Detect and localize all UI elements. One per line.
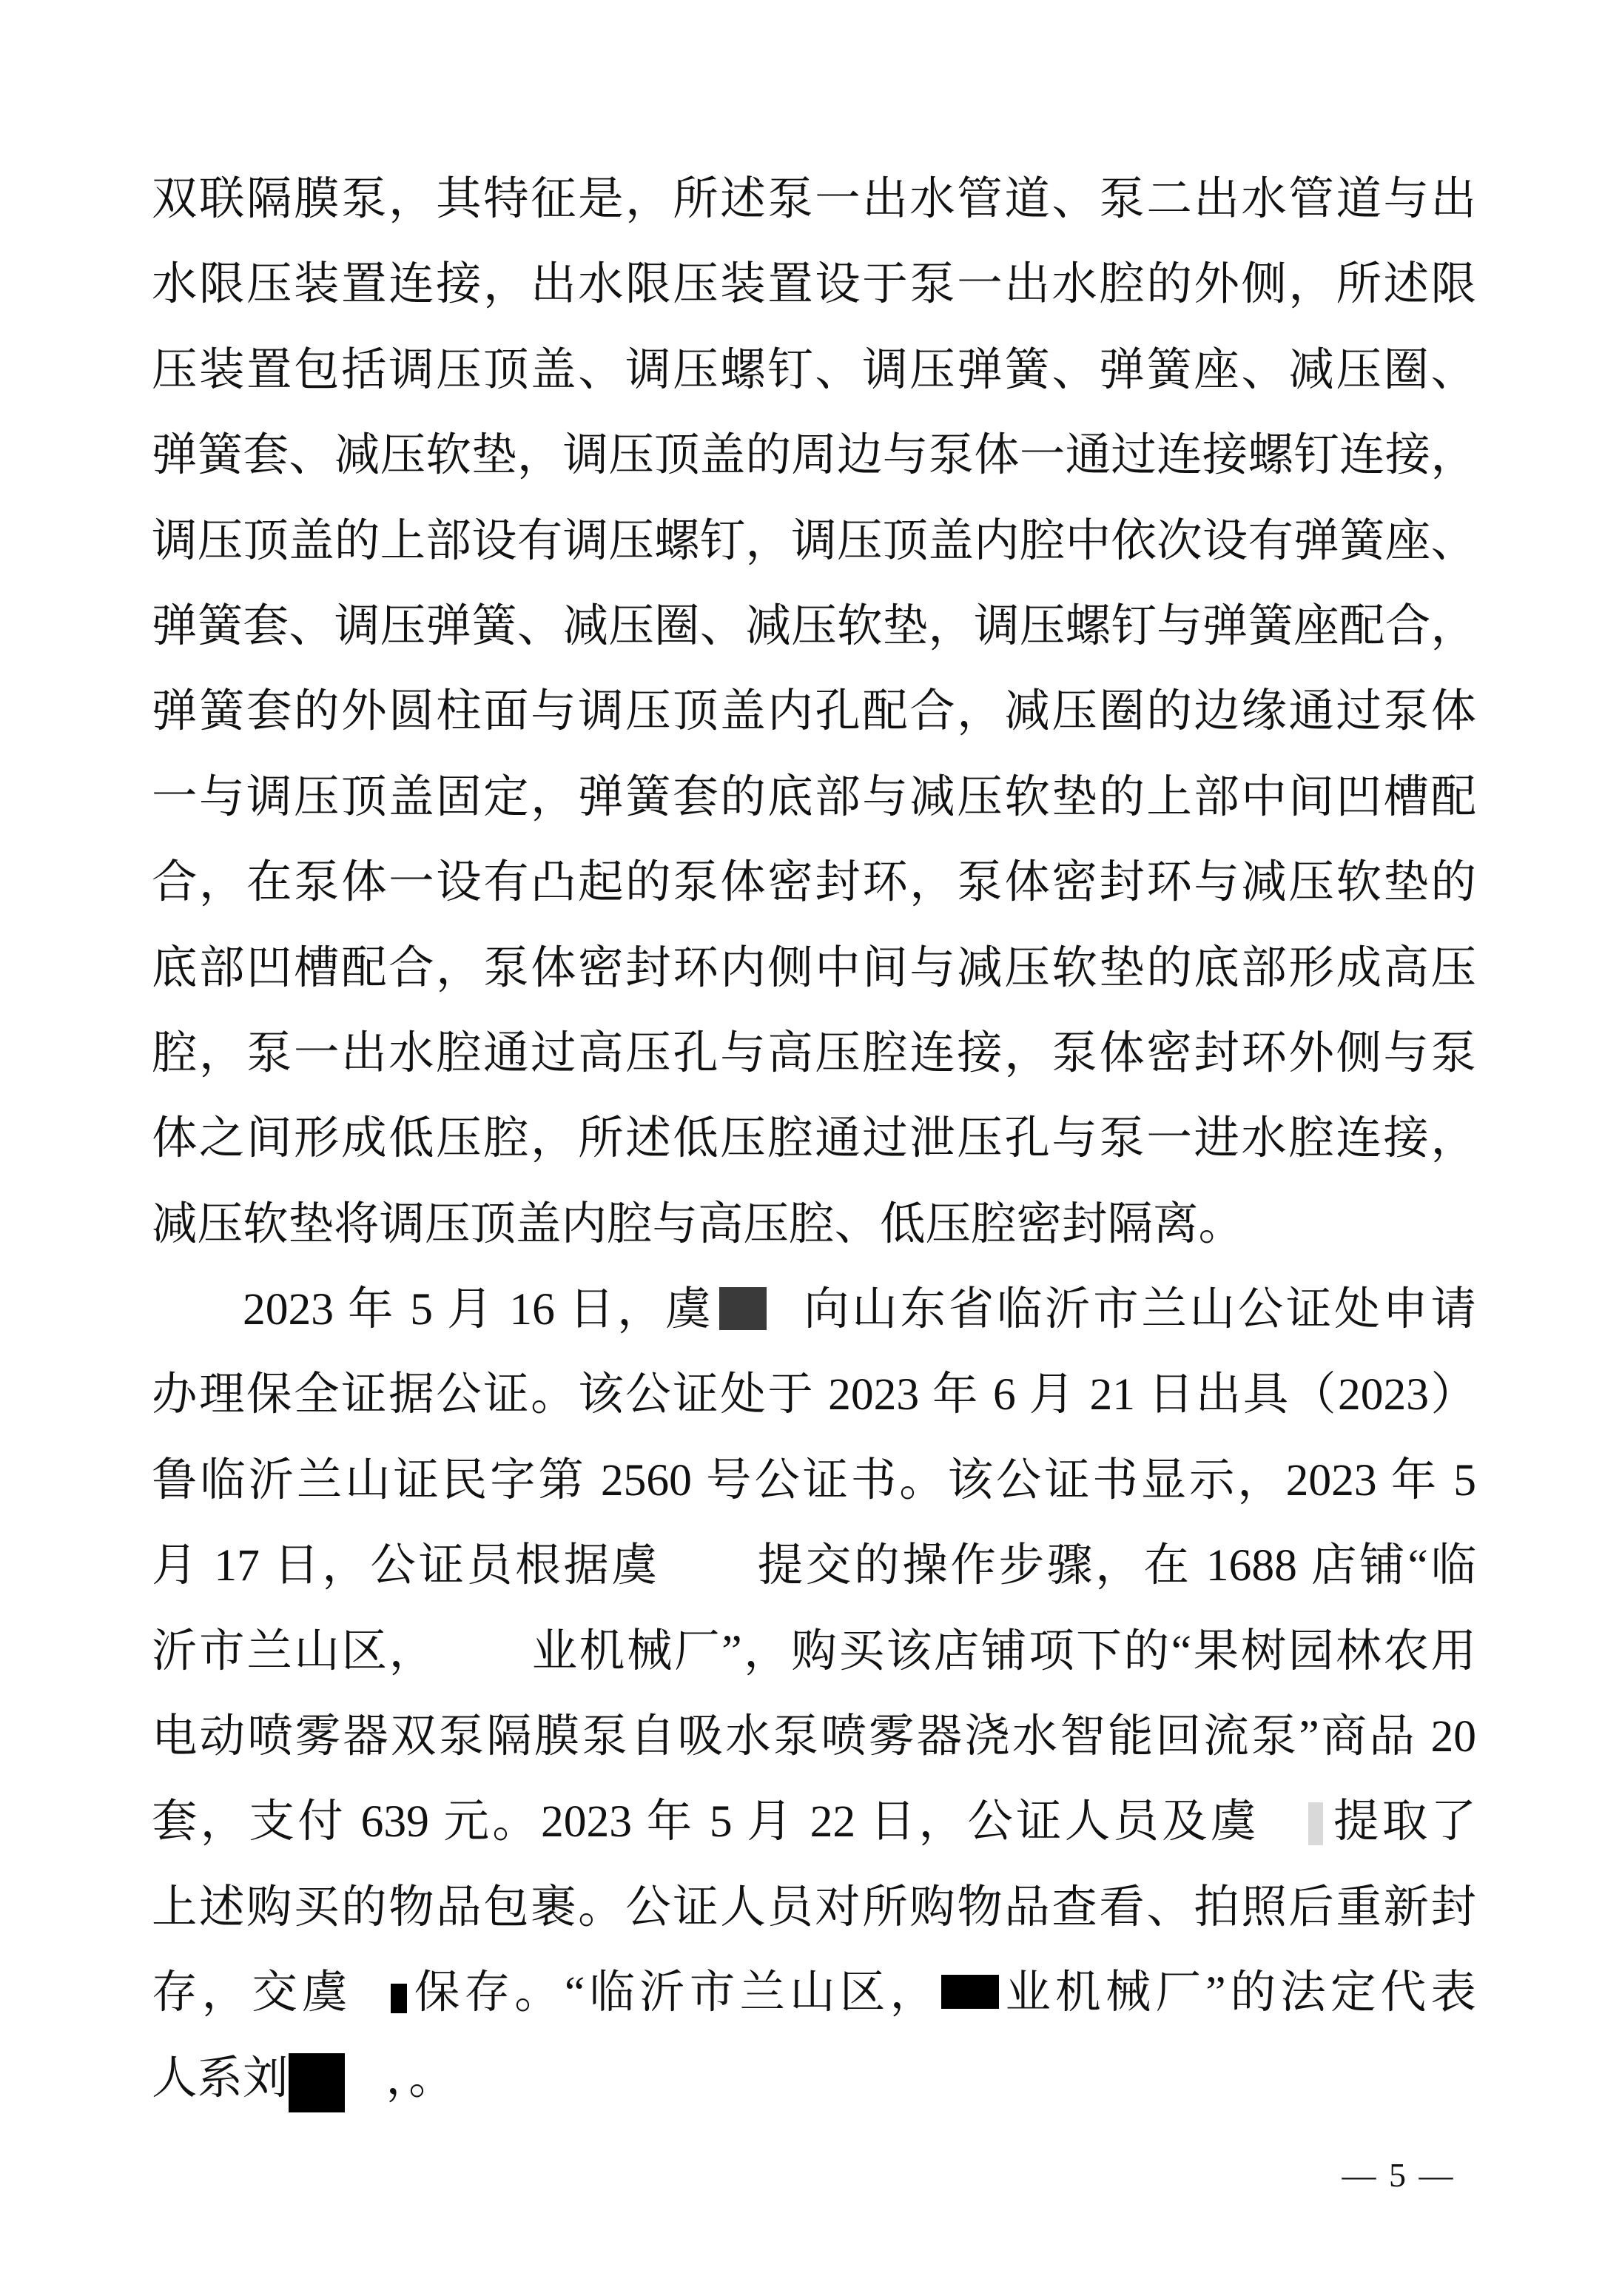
text-line-16: 鲁临沂兰山证民字第 2560 号公证书。该公证书显示，2023 年 5 — [152, 1438, 1476, 1523]
text-line-17: 月 17 日，公证员根据虞提交的操作步骤，在 1688 店铺“临 — [152, 1523, 1476, 1608]
text-line-8: 一与调压顶盖固定，弹簧套的底部与减压软垫的上部中间凹槽配 — [152, 755, 1476, 840]
document-page: 双联隔膜泵，其特征是，所述泵一出水管道、泵二出水管道与出 水限压装置连接，出水限… — [0, 0, 1622, 2296]
text-segment: 沂市兰山区， — [152, 1626, 437, 1676]
text-segment: ，。 — [386, 2053, 454, 2104]
redaction-box — [719, 1287, 767, 1330]
text-line-15: 办理保全证据公证。该公证处于 2023 年 6 月 21 日出具（2023） — [152, 1352, 1476, 1437]
redaction-box — [941, 1975, 999, 2009]
redaction-box-grey — [1308, 1802, 1323, 1845]
text-line-13: 减压软垫将调压顶盖内腔与高压腔、低压腔密封隔离。 — [152, 1182, 1476, 1267]
text-segment: 业机械厂”，购买该店铺项下的“果树园林农用 — [530, 1626, 1476, 1676]
text-line-23: 人系刘，。 — [152, 2036, 1476, 2121]
text-line-7: 弹簧套的外圆柱面与调压顶盖内孔配合，减压圈的边缘通过泵体 — [152, 669, 1476, 754]
text-segment: 人系刘 — [152, 2053, 289, 2104]
text-line-9: 合，在泵体一设有凸起的泵体密封环，泵体密封环与减压软垫的 — [152, 840, 1476, 925]
text-line-12: 体之间形成低压腔，所述低压腔通过泄压孔与泵一进水腔连接， — [152, 1096, 1476, 1181]
text-line-20: 套，支付 639 元。2023 年 5 月 22 日，公证人员及虞提取了 — [152, 1779, 1476, 1864]
text-line-4: 弹簧套、减压软垫，调压顶盖的周边与泵体一通过连接螺钉连接， — [152, 413, 1476, 498]
text-segment: 保存。“临沂市兰山区， — [410, 1967, 940, 2018]
text-line-2: 水限压装置连接，出水限压装置设于泵一出水腔的外侧，所述限 — [152, 242, 1476, 327]
redaction-box — [289, 2053, 345, 2112]
text-line-3: 压装置包括调压顶盖、调压螺钉、调压弹簧、弹簧座、减压圈、 — [152, 328, 1476, 413]
redaction-box — [391, 1984, 407, 2013]
text-segment: 提取了 — [1330, 1796, 1476, 1847]
text-line-18: 沂市兰山区，业机械厂”，购买该店铺项下的“果树园林农用 — [152, 1609, 1476, 1694]
text-line-21: 上述购买的物品包裹。公证人员对所购物品查看、拍照后重新封 — [152, 1865, 1476, 1950]
text-line-19: 电动喷雾器双泵隔膜泵自吸水泵喷雾器浇水智能回流泵”商品 20 — [152, 1694, 1476, 1779]
page-number: — 5 — — [1310, 2155, 1487, 2195]
text-line-5: 调压顶盖的上部设有调压螺钉，调压顶盖内腔中依次设有弹簧座、 — [152, 499, 1476, 584]
text-line-11: 腔，泵一出水腔通过高压孔与高压腔连接，泵体密封环外侧与泵 — [152, 1011, 1476, 1096]
text-block: 双联隔膜泵，其特征是，所述泵一出水管道、泵二出水管道与出 水限压装置连接，出水限… — [152, 157, 1476, 2121]
text-segment: 存，交虞 — [152, 1967, 352, 2018]
text-line-10: 底部凹槽配合，泵体密封环内侧中间与减压软垫的底部形成高压 — [152, 926, 1476, 1011]
text-line-1: 双联隔膜泵，其特征是，所述泵一出水管道、泵二出水管道与出 — [152, 157, 1476, 242]
text-line-22: 存，交虞保存。“临沂市兰山区，业机械厂”的法定代表 — [152, 1950, 1476, 2035]
text-line-14: 2023 年 5 月 16 日，虞向山东省临沂市兰山公证处申请 — [152, 1267, 1476, 1352]
text-segment: 套，支付 639 元。2023 年 5 月 22 日，公证人员及虞 — [152, 1796, 1259, 1847]
text-segment: 提交的操作步骤，在 1688 店铺“临 — [755, 1540, 1476, 1591]
text-segment: 向山东省临沂市兰山公证处申请 — [801, 1284, 1476, 1335]
text-segment: 月 17 日，公证员根据虞 — [152, 1540, 660, 1591]
text-segment: 业机械厂”的法定代表 — [1000, 1967, 1476, 2018]
text-segment: 2023 年 5 月 16 日，虞 — [243, 1284, 713, 1335]
text-line-6: 弹簧套、调压弹簧、减压圈、减压软垫，调压螺钉与弹簧座配合， — [152, 584, 1476, 669]
